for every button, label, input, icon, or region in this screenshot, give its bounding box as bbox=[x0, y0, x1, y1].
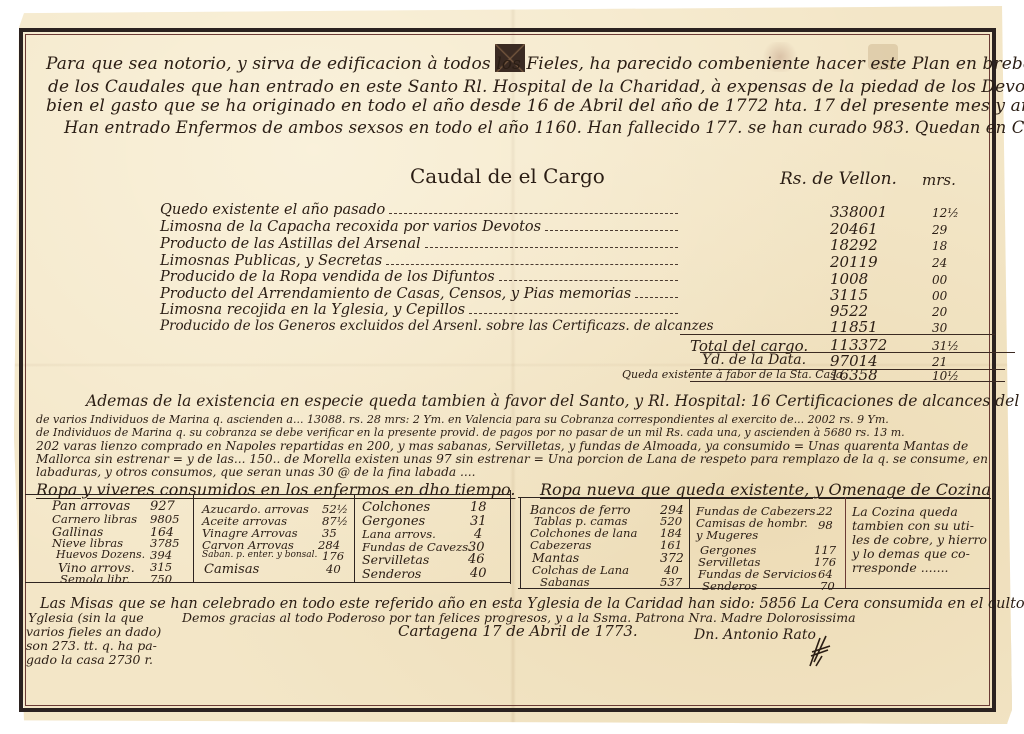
item-value: 46 bbox=[468, 552, 485, 567]
existencia-line-5: Mallorca sin estrenar = y de las... 150.… bbox=[36, 453, 988, 465]
item-label: Camisas de hombr. y Mugeres bbox=[696, 517, 814, 541]
cozina-note-line: tambien con su uti- bbox=[852, 519, 974, 532]
item-value: 98 bbox=[818, 518, 833, 532]
cargo-row-label: Producto de las Astillas del Arsenal bbox=[160, 236, 421, 252]
existencia-line-4: 202 varas lienzo comprado en Napoles rep… bbox=[36, 440, 968, 452]
existencia-line-3: de Individuos de Marina q. su cobranza s… bbox=[36, 427, 905, 438]
cozina-note-line: rresponde ....... bbox=[852, 561, 949, 574]
list-item: Lana arrovs. bbox=[362, 527, 436, 541]
item-label: Sabanas bbox=[540, 575, 590, 589]
table-top-rule bbox=[690, 497, 990, 498]
cargo-row: Limosna de la Capacha recoxida por vario… bbox=[160, 218, 680, 235]
item-value: 176 bbox=[322, 549, 344, 563]
cargo-row: Limosnas Publicas, y Secretas bbox=[160, 252, 680, 269]
cargo-row-label: Limosna de la Capacha recoxida por vario… bbox=[160, 219, 541, 235]
total-cargo-mrs: 31½ bbox=[932, 339, 972, 353]
total-rule bbox=[680, 334, 995, 335]
list-item: Semola libr. bbox=[60, 572, 130, 586]
cargo-mrs: 12½ bbox=[932, 206, 972, 220]
item-value: 18 bbox=[470, 500, 487, 515]
existencia-line-6: labaduras, y otros consumos, que seran u… bbox=[36, 466, 476, 478]
list-item: Camisas de hombr. y Mugeres bbox=[696, 517, 814, 541]
cargo-mrs: 00 bbox=[932, 289, 972, 303]
balance-amount: 16358 bbox=[830, 366, 910, 384]
list-item: Saban. p. enter. y bonsal. bbox=[202, 550, 317, 560]
intro-line-2: de los Caudales que han entrado en este … bbox=[48, 79, 1024, 96]
intro-line-1: Para que sea notorio, y sirva de edifica… bbox=[46, 56, 1024, 73]
cargo-row: Producido de la Ropa vendida de los Difu… bbox=[160, 268, 680, 285]
leader-dots bbox=[635, 297, 678, 298]
list-item: Senderos bbox=[362, 566, 421, 581]
cargo-title: Caudal de el Cargo bbox=[410, 166, 605, 186]
cargo-mrs: 00 bbox=[932, 273, 972, 287]
balance-mrs: 10½ bbox=[932, 369, 972, 383]
cargo-mrs: 20 bbox=[932, 305, 972, 319]
misas-line-2-left: Yglesia (sin la que bbox=[28, 612, 144, 625]
leader-dots bbox=[545, 230, 678, 231]
cargo-row-label: Producto del Arrendamiento de Casas, Cen… bbox=[160, 286, 631, 302]
column-header-reales: Rs. de Vellon. bbox=[780, 171, 897, 188]
column-divider bbox=[193, 494, 194, 582]
side-note-line: son 273. tt. q. ha pa- bbox=[26, 640, 157, 653]
item-value: 22 bbox=[818, 504, 833, 518]
column-divider bbox=[520, 497, 521, 588]
list-item: Senderos bbox=[702, 579, 757, 593]
item-value: 40 bbox=[470, 566, 487, 581]
item-value: 537 bbox=[660, 575, 682, 589]
item-value: 70 bbox=[820, 579, 835, 593]
cozina-note-line: y lo demas que co- bbox=[852, 547, 970, 560]
existencia-line-1: Ademas de la existencia en especie queda… bbox=[86, 394, 1024, 410]
existencia-line-2: de varios Individuos de Marina q. ascien… bbox=[36, 414, 889, 425]
column-header-maravedis: mrs. bbox=[922, 173, 956, 188]
cargo-row: Producto de las Astillas del Arsenal bbox=[160, 235, 680, 252]
leader-dots bbox=[499, 280, 678, 281]
total-data-label: Yd. de la Data. bbox=[702, 352, 806, 368]
column-divider bbox=[689, 497, 690, 588]
item-value: 40 bbox=[326, 562, 341, 576]
total-data-mrs: 21 bbox=[932, 355, 972, 369]
consumidos-title: Ropa y viveres consumidos en los enfermo… bbox=[36, 480, 515, 499]
column-divider bbox=[845, 497, 846, 588]
side-note-line: gado la casa 2730 r. bbox=[26, 654, 153, 667]
cargo-amount: 338001 bbox=[830, 203, 910, 221]
column-divider bbox=[510, 490, 511, 584]
cargo-row: Producido de los Generos excluidos del A… bbox=[160, 317, 680, 334]
item-label: Lana arrovs. bbox=[362, 527, 436, 541]
cargo-row-label: Producido de la Ropa vendida de los Difu… bbox=[160, 269, 495, 285]
cargo-row: Limosna recojida en la Yglesia, y Cepill… bbox=[160, 301, 680, 318]
cargo-amount: 18292 bbox=[830, 236, 910, 254]
item-label: Colchones bbox=[362, 500, 430, 515]
cargo-mrs: 30 bbox=[932, 321, 972, 335]
item-value: 750 bbox=[150, 572, 172, 586]
cargo-mrs: 29 bbox=[932, 223, 972, 237]
list-item: Sabanas bbox=[540, 575, 590, 589]
table-top-rule bbox=[25, 494, 510, 495]
leader-dots bbox=[389, 213, 678, 214]
patients-summary-line: Han entrado Enfermos de ambos sexsos en … bbox=[64, 120, 1024, 137]
leader-dots bbox=[469, 313, 678, 314]
balance-label: Queda existente à fabor de la Sta. Casa. bbox=[622, 368, 846, 381]
list-item: Camisas bbox=[204, 562, 259, 577]
list-item: Servilletas bbox=[362, 552, 429, 567]
cargo-amount: 20119 bbox=[830, 253, 910, 271]
item-label: Servilletas bbox=[362, 552, 429, 567]
item-label: Camisas bbox=[204, 562, 259, 577]
side-note-line: varios fieles an dado) bbox=[26, 626, 161, 639]
leader-dots bbox=[386, 264, 678, 265]
signature: Dn. Antonio Rato bbox=[694, 628, 816, 642]
leader-dots bbox=[425, 247, 678, 248]
item-label: Senderos bbox=[362, 566, 421, 581]
item-label: Saban. p. enter. y bonsal. bbox=[202, 550, 317, 560]
item-label: Semola libr. bbox=[60, 572, 130, 586]
column-divider bbox=[354, 494, 355, 582]
cozina-note-line: La Cozina queda bbox=[852, 505, 958, 518]
cargo-mrs: 18 bbox=[932, 239, 972, 253]
cargo-mrs: 24 bbox=[932, 256, 972, 270]
cargo-row-label: Limosnas Publicas, y Secretas bbox=[160, 253, 382, 269]
cargo-row-label: Producido de los Generos excluidos del A… bbox=[160, 318, 714, 334]
rubric-flourish-icon bbox=[806, 632, 834, 668]
cargo-row-label: Limosna recojida en la Yglesia, y Cepill… bbox=[160, 302, 465, 318]
cargo-row-label: Quedo existente el año pasado bbox=[160, 202, 385, 218]
list-item: Colchones bbox=[362, 500, 430, 515]
intro-line-3: bien el gasto que se ha originado en tod… bbox=[46, 98, 1024, 115]
cozina-note-line: les de cobre, y hierro bbox=[852, 533, 987, 546]
cargo-row: Producto del Arrendamiento de Casas, Cen… bbox=[160, 285, 680, 302]
cargo-row: Quedo existente el año pasado bbox=[160, 201, 680, 218]
place-date: Cartagena 17 de Abril de 1773. bbox=[398, 624, 638, 639]
item-label: Senderos bbox=[702, 579, 757, 593]
